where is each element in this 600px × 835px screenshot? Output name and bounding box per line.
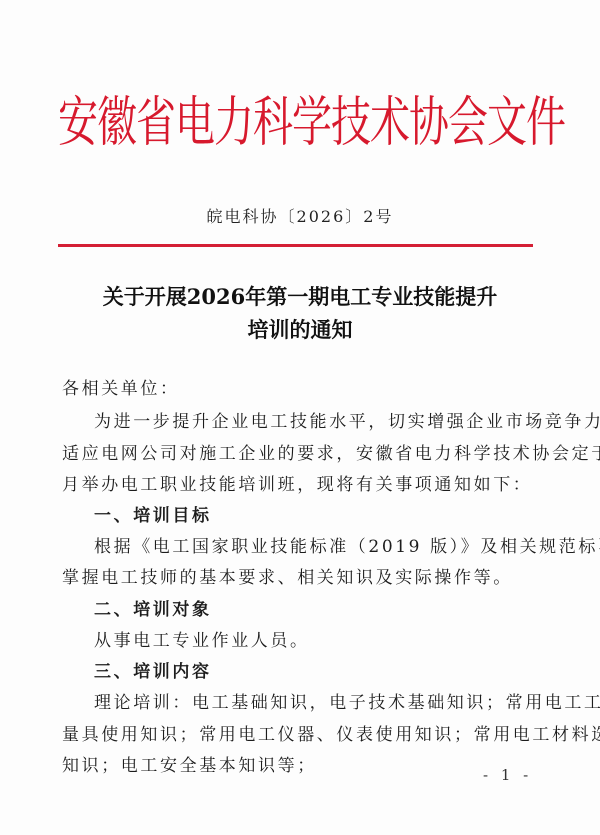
section-text: 理论培训：电工基础知识，电子技术基础知识；常用电工工具、: [94, 688, 600, 713]
section-heading-audience: 二、培训对象: [94, 595, 212, 620]
masthead-title: 安徽省电力科学技术协会文件: [58, 81, 534, 165]
section-heading-content: 三、培训内容: [94, 657, 212, 682]
page-number: - 1 -: [483, 766, 532, 784]
document-number: 皖电科协〔2026〕2号: [0, 204, 600, 227]
section-heading-objectives: 一、培训目标: [94, 501, 212, 526]
document-page: 安徽省电力科学技术协会文件 皖电科协〔2026〕2号 关于开展2026年第一期电…: [0, 0, 600, 835]
intro-line-1: 为进一步提升企业电工技能水平，切实增强企业市场竞争力，: [94, 407, 600, 432]
section-text: 掌握电工技师的基本要求、相关知识及实际操作等。: [62, 563, 513, 588]
intro-line-2: 适应电网公司对施工企业的要求，安徽省电力科学技术协会定于 3: [62, 439, 600, 464]
section-text: 量具使用知识；常用电工仪器、仪表使用知识；常用电工材料选型: [62, 720, 600, 745]
intro-line-3: 月举办电工职业技能培训班，现将有关事项通知如下：: [62, 470, 532, 495]
section-text: 知识；电工安全基本知识等；: [62, 751, 317, 776]
salutation: 各相关单位：: [62, 374, 180, 399]
notice-title-line-1: 关于开展2026年第一期电工专业技能提升: [0, 281, 600, 311]
section-text: 从事电工专业作业人员。: [94, 626, 310, 651]
red-divider: [58, 244, 533, 247]
section-text: 根据《电工国家职业技能标准（2019 版）》及相关规范标准，: [94, 532, 600, 557]
notice-title-line-2: 培训的通知: [0, 314, 600, 344]
